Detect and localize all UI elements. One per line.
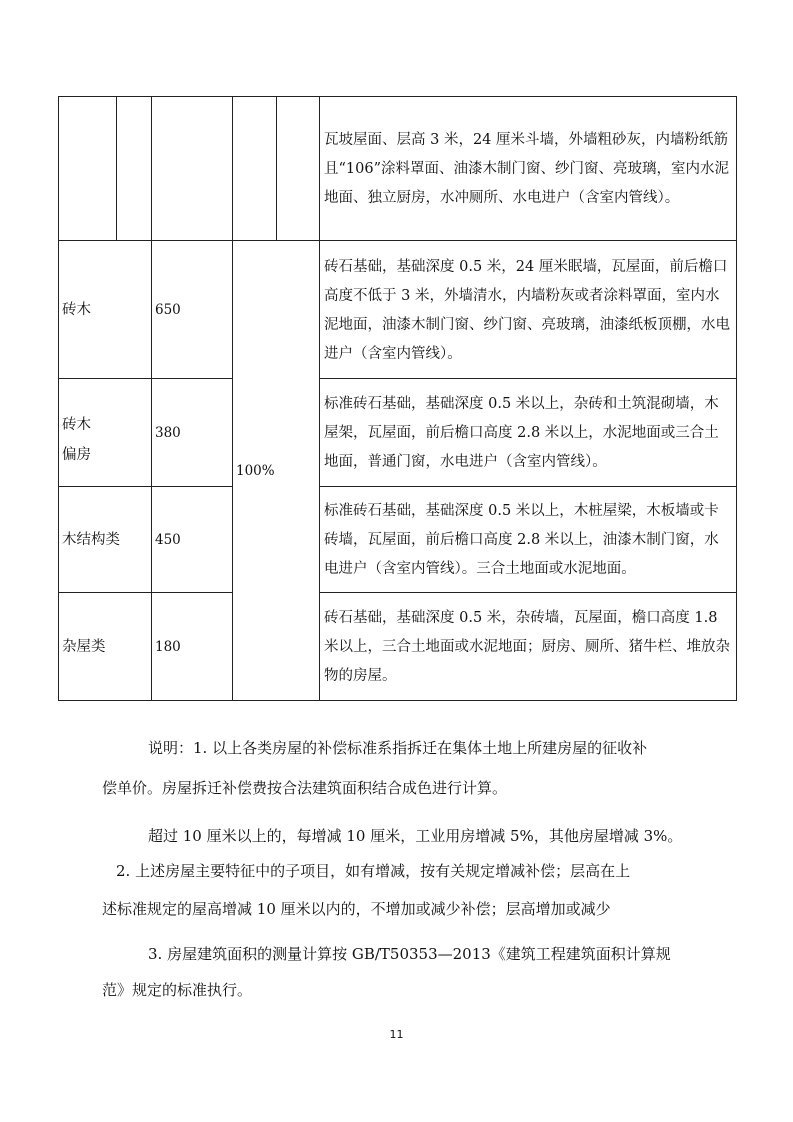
structure-type-cell: 木结构类 <box>59 487 152 593</box>
description-cell: 砖石基础，基础深度 0.5 米，24 厘米眠墙，瓦屋面，前后檐口高度不低于 3 … <box>320 241 737 379</box>
note-2-line-1: 2. 上述房屋主要特征中的子项目，如有增减，按有关规定增减补偿；层高在上 <box>116 851 716 891</box>
note-1-line-1: 说明：1. 以上各类房屋的补偿标准系指拆迁在集体土地上所建房屋的征收补 <box>102 728 702 768</box>
unit-price-cell: 180 <box>152 593 233 701</box>
structure-type-line1: 砖木 <box>62 401 149 449</box>
note-over-10cm: 超过 10 厘米以上的，每增减 10 厘米，工业用房增减 5%，其他房屋增减 3… <box>148 816 748 856</box>
note-3-line-2: 范》规定的标准执行。 <box>102 970 702 1010</box>
note-1-line-2: 偿单价。房屋拆迁补偿费按合法建筑面积结合成色进行计算。 <box>102 768 702 808</box>
structure-type-cell: 砖木 <box>59 241 152 379</box>
empty-cell <box>59 97 117 241</box>
empty-cell <box>117 97 152 241</box>
table-row: 木结构类 450 标准砖石基础，基础深度 0.5 米以上，木桩屋梁，木板墙或卡砖… <box>59 487 737 593</box>
table-row-continued: 瓦坡屋面、层高 3 米，24 厘米斗墙，外墙粗砂灰，内墙粉纸筋且“106”涂料罩… <box>59 97 737 241</box>
description-cell: 瓦坡屋面、层高 3 米，24 厘米斗墙，外墙粗砂灰，内墙粉纸筋且“106”涂料罩… <box>320 97 737 241</box>
rate-cell: 100% <box>233 241 320 701</box>
empty-cell <box>277 97 320 241</box>
page-number: 11 <box>0 1028 793 1041</box>
empty-cell <box>152 97 233 241</box>
structure-type-cell: 砖木 偏房 <box>59 379 152 487</box>
unit-price-cell: 380 <box>152 379 233 487</box>
description-cell: 标准砖石基础，基础深度 0.5 米以上，木桩屋梁，木板墙或卡砖墙，瓦屋面，前后檐… <box>320 487 737 593</box>
empty-cell <box>233 97 277 241</box>
structure-type-cell: 杂屋类 <box>59 593 152 701</box>
table-row: 砖木 650 100% 砖石基础，基础深度 0.5 米，24 厘米眠墙，瓦屋面，… <box>59 241 737 379</box>
compensation-table-container: 瓦坡屋面、层高 3 米，24 厘米斗墙，外墙粗砂灰，内墙粉纸筋且“106”涂料罩… <box>58 96 736 701</box>
table-row: 砖木 偏房 380 标准砖石基础，基础深度 0.5 米以上，杂砖和土筑混砌墙，木… <box>59 379 737 487</box>
table-row: 杂屋类 180 砖石基础，基础深度 0.5 米，杂砖墙，瓦屋面，檐口高度 1.8… <box>59 593 737 701</box>
note-3-line-1: 3. 房屋建筑面积的测量计算按 GB/T50353—2013《建筑工程建筑面积计… <box>148 934 748 974</box>
note-2-line-2: 述标准规定的屋高增减 10 厘米以内的，不增加或减少补偿；层高增加或减少 <box>102 889 702 929</box>
compensation-table: 瓦坡屋面、层高 3 米，24 厘米斗墙，外墙粗砂灰，内墙粉纸筋且“106”涂料罩… <box>58 96 737 701</box>
description-cell: 标准砖石基础，基础深度 0.5 米以上，杂砖和土筑混砌墙，木屋架，瓦屋面，前后檐… <box>320 379 737 487</box>
description-cell: 砖石基础，基础深度 0.5 米，杂砖墙，瓦屋面，檐口高度 1.8 米以上，三合土… <box>320 593 737 701</box>
structure-type-line2: 偏房 <box>62 445 149 465</box>
unit-price-cell: 450 <box>152 487 233 593</box>
unit-price-cell: 650 <box>152 241 233 379</box>
